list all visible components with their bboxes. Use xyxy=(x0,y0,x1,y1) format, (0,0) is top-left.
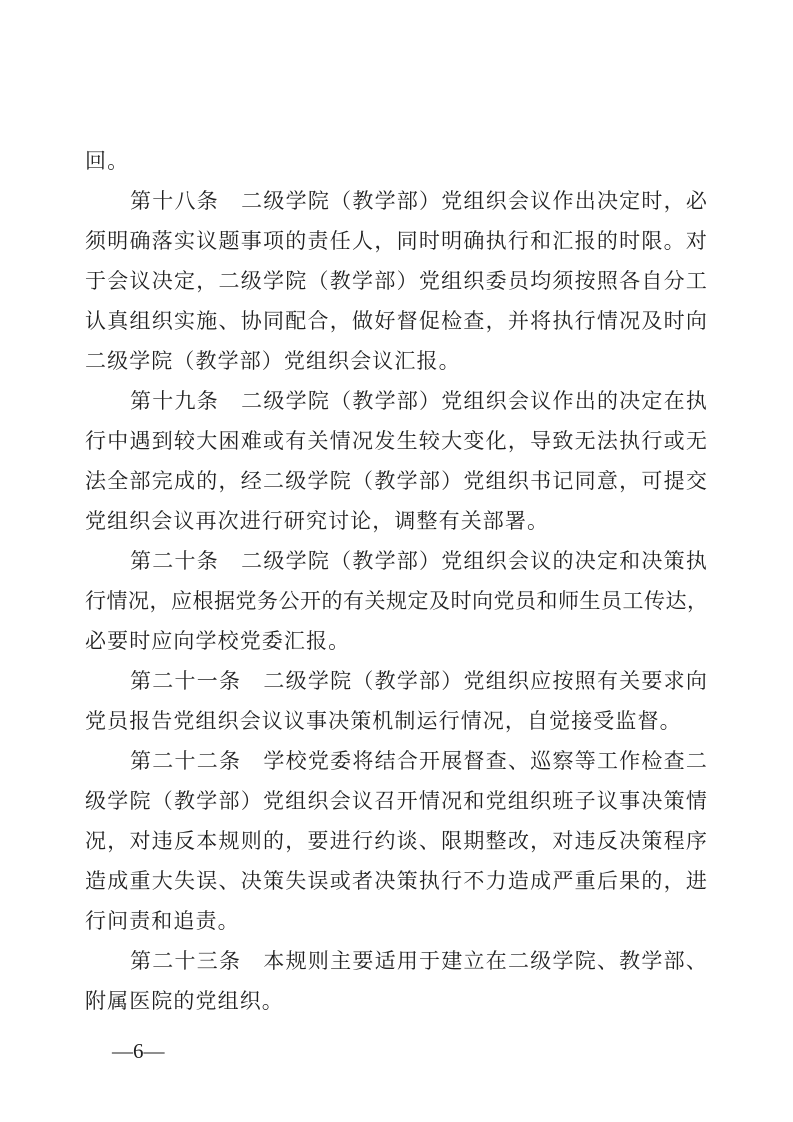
text-line: 第二十二条 学校党委将结合开展督查、巡察等工作检查二 xyxy=(85,741,708,781)
text-line: 回。 xyxy=(85,141,708,181)
text-line: 况，对违反本规则的，要进行约谈、限期整改，对违反决策程序 xyxy=(85,821,708,861)
text-line: 第二十一条 二级学院（教学部）党组织应按照有关要求向 xyxy=(85,661,708,701)
document-body: 回。 第十八条 二级学院（教学部）党组织会议作出决定时，必 须明确落实议题事项的… xyxy=(85,141,708,1021)
text-line: 认真组织实施、协同配合，做好督促检查，并将执行情况及时向 xyxy=(85,301,708,341)
text-line: 法全部完成的，经二级学院（教学部）党组织书记同意，可提交 xyxy=(85,461,708,501)
text-line: 党员报告党组织会议议事决策机制运行情况，自觉接受监督。 xyxy=(85,701,708,741)
text-line: 于会议决定，二级学院（教学部）党组织委员均须按照各自分工 xyxy=(85,261,708,301)
text-line: 行情况，应根据党务公开的有关规定及时向党员和师生员工传达， xyxy=(85,581,708,621)
text-line: 第十八条 二级学院（教学部）党组织会议作出决定时，必 xyxy=(85,181,708,221)
text-line: 二级学院（教学部）党组织会议汇报。 xyxy=(85,341,708,381)
text-line: 行中遇到较大困难或有关情况发生较大变化，导致无法执行或无 xyxy=(85,421,708,461)
text-line: 级学院（教学部）党组织会议召开情况和党组织班子议事决策情 xyxy=(85,781,708,821)
text-line: 行问责和追责。 xyxy=(85,901,708,941)
text-line: 造成重大失误、决策失误或者决策执行不力造成严重后果的，进 xyxy=(85,861,708,901)
text-line: 第十九条 二级学院（教学部）党组织会议作出的决定在执 xyxy=(85,381,708,421)
text-line: 第二十条 二级学院（教学部）党组织会议的决定和决策执 xyxy=(85,541,708,581)
text-line: 第二十三条 本规则主要适用于建立在二级学院、教学部、 xyxy=(85,941,708,981)
document-page: 回。 第十八条 二级学院（教学部）党组织会议作出决定时，必 须明确落实议题事项的… xyxy=(0,0,793,1122)
page-number: —6— xyxy=(112,1037,165,1065)
text-line: 党组织会议再次进行研究讨论，调整有关部署。 xyxy=(85,501,708,541)
text-line: 附属医院的党组织。 xyxy=(85,981,708,1021)
text-line: 必要时应向学校党委汇报。 xyxy=(85,621,708,661)
text-line: 须明确落实议题事项的责任人，同时明确执行和汇报的时限。对 xyxy=(85,221,708,261)
